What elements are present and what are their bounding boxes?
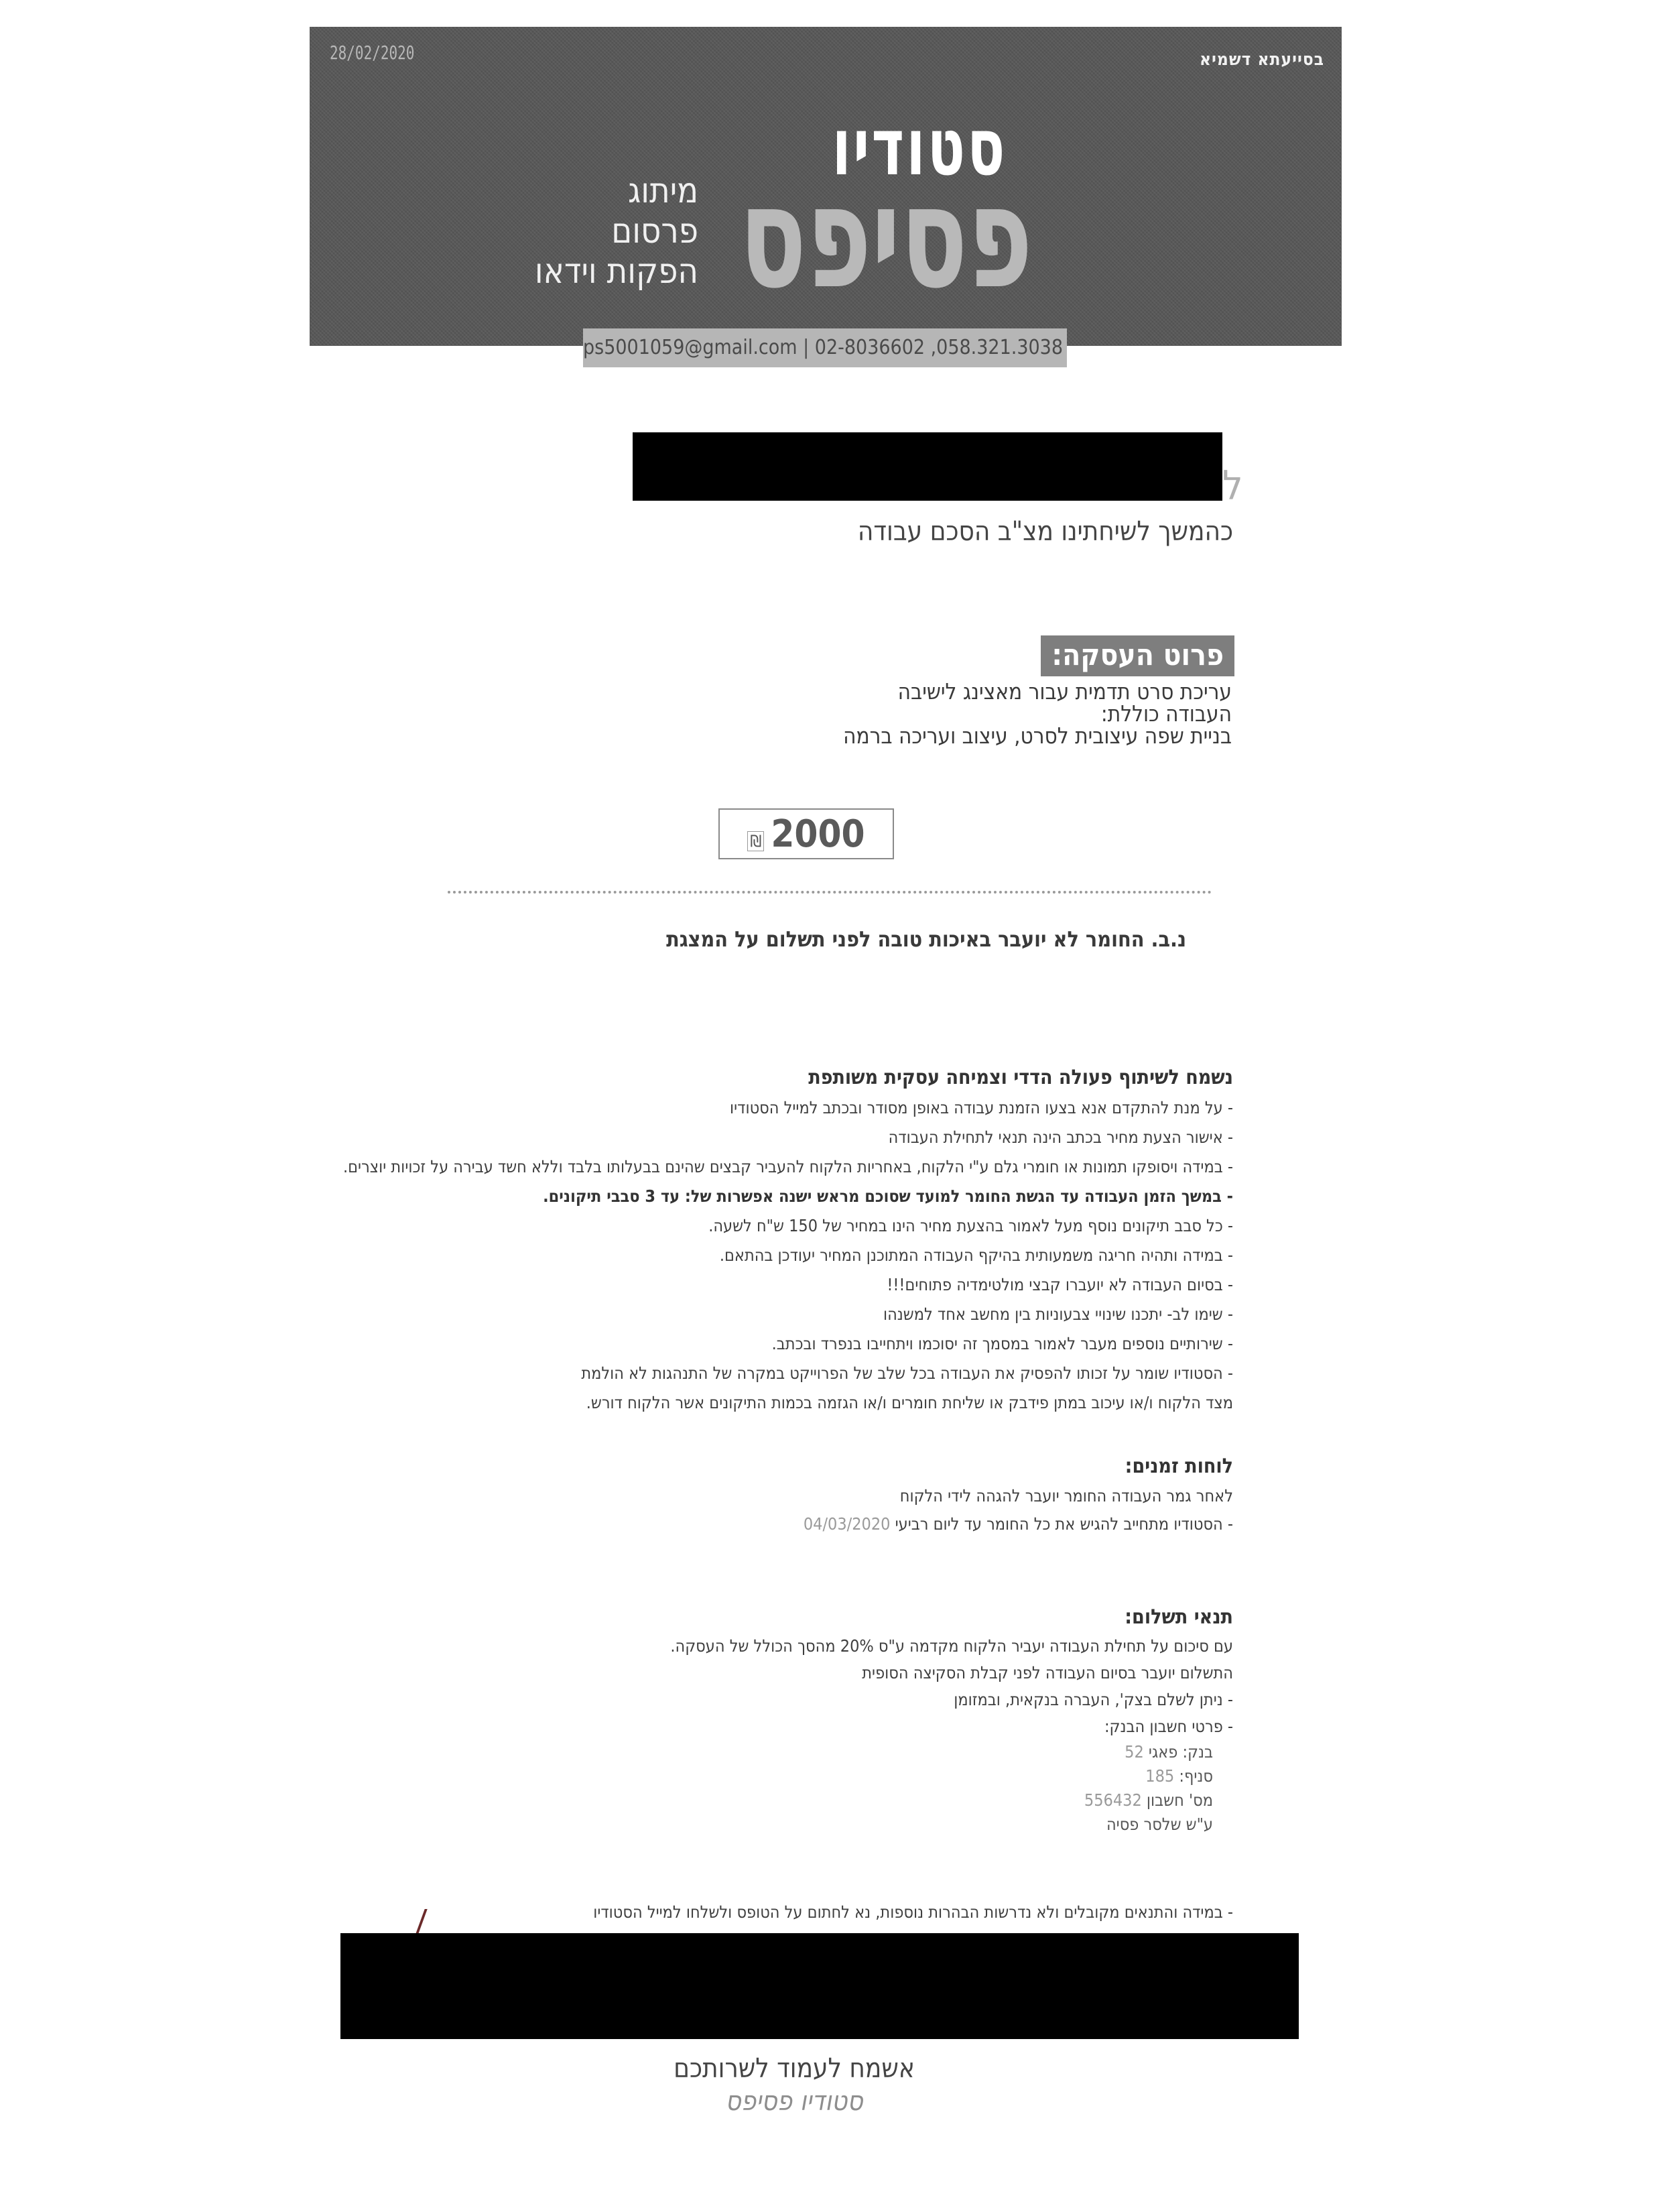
price-amount: 2000 <box>771 812 865 856</box>
term-item: - כל סבב תיקונים נוסף מעל לאמור בהצעת מח… <box>402 1211 1233 1241</box>
deal-line: בניית שפה עיצובית לסרט, עיצוב ועריכה ברמ… <box>763 725 1232 747</box>
price-box: ₪ 2000 <box>718 808 894 859</box>
bank-holder: ע"ש שלסר פסיה <box>630 1812 1213 1837</box>
signature-instruction: - במידה והתנאים מקובלים ולא נדרשות הבהרו… <box>593 1902 1233 1922</box>
logo-services: מיתוג פרסום הפקות וידאו <box>497 171 698 292</box>
redacted-recipient <box>633 432 1222 501</box>
service-advertising: פרסום <box>497 211 698 251</box>
dotted-divider <box>448 891 1212 894</box>
logo-brand-name: פסיפס <box>729 168 1043 308</box>
payment-section: תנאי תשלום: עם סיכום על תחילת העבודה יעב… <box>630 1605 1233 1837</box>
nb-note: נ.ב. החומר לא יועבר באיכות טובה לפני תשל… <box>666 926 1186 952</box>
bank-account: מס' חשבון 556432 <box>630 1788 1213 1812</box>
bank-branch: סניף: 185 <box>630 1764 1213 1788</box>
deal-details-badge: פרוט העסקה: <box>1041 635 1234 676</box>
service-branding: מיתוג <box>497 171 698 211</box>
cooperation-title: נשמח לשיתוף פעולה הדדי וצמיחה עסקית משות… <box>402 1066 1233 1089</box>
service-video: הפקות וידאו <box>497 251 698 292</box>
shekel-icon: ₪ <box>747 831 764 851</box>
deal-line: עריכת סרט תדמית עבור מאצינג לישיבה <box>763 680 1232 702</box>
closing-line: אשמח לעמוד לשרותכם <box>643 2052 945 2085</box>
redacted-signature-block <box>340 1933 1299 2039</box>
closing-block: אשמח לעמוד לשרותכם סטודיו פסיפס <box>643 2052 945 2118</box>
term-item: - אישור הצעת מחיר בכתב הינה תנאי לתחילת … <box>402 1123 1233 1152</box>
timeline-due-date: 04/03/2020 <box>804 1514 891 1534</box>
deal-line: העבודה כוללת: <box>763 702 1232 725</box>
closing-signature: סטודיו פסיפס <box>643 2085 945 2118</box>
term-item: - על מנת להתקדם אנא בצעו הזמנת עבודה באו… <box>402 1093 1233 1123</box>
document-date: 28/02/2020 <box>330 42 414 64</box>
recipient-letter-fragment: ל <box>1222 463 1243 509</box>
term-item: - בסיום העבודה לא יועברו קבצי מולטימדיה … <box>402 1270 1233 1300</box>
payment-title: תנאי תשלום: <box>630 1605 1233 1629</box>
term-item: - במשך הזמן העבודה עד הגשת החומר למועד ש… <box>402 1182 1233 1211</box>
payment-item: - ניתן לשלם בצק', העברה בנקאית, ובמזומן <box>630 1686 1233 1713</box>
header-banner: בסייעתא דשמיא 28/02/2020 סטודיו פסיפס מי… <box>310 27 1342 346</box>
timeline-item: לאחר גמר העבודה החומר יועבר להגהה לידי ה… <box>764 1482 1233 1510</box>
bank-name: בנק: פאגי 52 <box>630 1740 1213 1764</box>
timeline-section: לוחות זמנים: לאחר גמר העבודה החומר יועבר… <box>764 1455 1233 1538</box>
term-item: - במידה ויסופקו תמונות או חומרי גלם ע"י … <box>402 1152 1233 1182</box>
payment-item: עם סיכום על תחילת העבודה יעביר הלקוח מקד… <box>630 1633 1233 1660</box>
bank-details: בנק: פאגי 52 סניף: 185 מס' חשבון 556432 … <box>630 1740 1213 1837</box>
contact-strip: ps5001059@gmail.com | 02-8036602 ,058.32… <box>583 328 1067 367</box>
term-item: - שירותיים נוספים מעבר לאמור במסמך זה יס… <box>402 1329 1233 1359</box>
timeline-item: - הסטודיו מתחייב להגיש את כל החומר עד לי… <box>764 1510 1233 1538</box>
header-blessing: בסייעתא דשמיא <box>1200 50 1324 70</box>
intro-line: כהמשך לשיחתינו מצ"ב הסכם עבודה <box>858 516 1233 547</box>
payment-item: התשלום יועבר בסיום העבודה לפני קבלת הסקי… <box>630 1660 1233 1686</box>
timeline-deadline-text: - הסטודיו מתחייב להגיש את כל החומר עד לי… <box>895 1514 1233 1534</box>
timeline-title: לוחות זמנים: <box>764 1455 1233 1478</box>
term-item: - במידה ותהיה חריגה משמעותית בהיקף העבוד… <box>402 1241 1233 1270</box>
term-item: - שימו לב- יתכנו שינויי צבעוניות בין מחש… <box>402 1300 1233 1329</box>
cooperation-section: נשמח לשיתוף פעולה הדדי וצמיחה עסקית משות… <box>402 1066 1233 1418</box>
term-item: מצד הלקוח ו/או עיכוב במתן פידבק או שליחת… <box>402 1388 1233 1418</box>
deal-description: עריכת סרט תדמית עבור מאצינג לישיבה העבוד… <box>763 680 1232 747</box>
payment-item: - פרטי חשבון הבנק: <box>630 1713 1233 1740</box>
term-item: - הסטודיו שומר על זכותו להפסיק את העבודה… <box>402 1359 1233 1388</box>
